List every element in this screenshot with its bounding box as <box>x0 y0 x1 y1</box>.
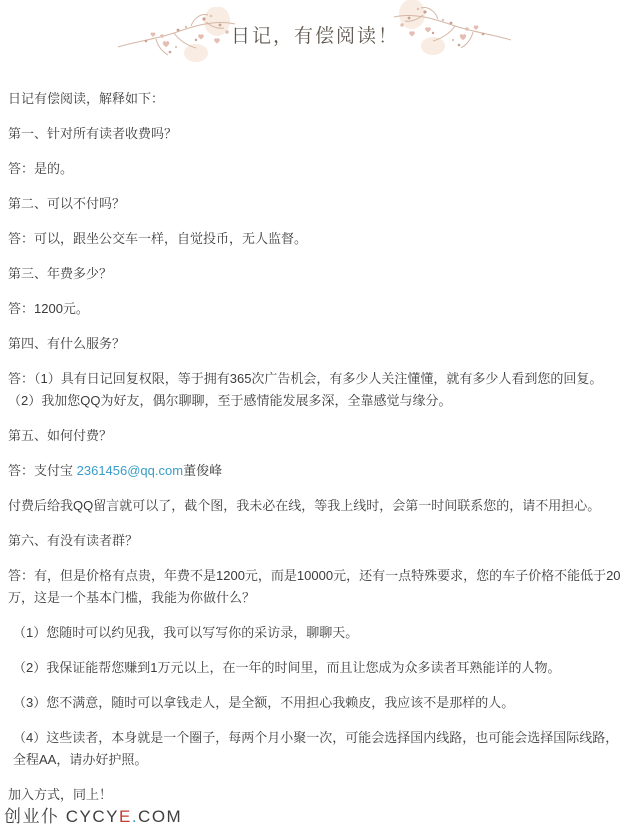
question-3: 第三、年费多少？ <box>8 263 622 285</box>
answer-1: 答：是的。 <box>8 158 622 180</box>
page-title: 日记，有偿阅读！ <box>0 21 630 48</box>
benefit-item-4: （4）这些读者，本身就是一个圈子，每两个月小聚一次，可能会选择国内线路，也可能会… <box>8 727 622 771</box>
question-1: 第一、针对所有读者收费吗？ <box>8 123 622 145</box>
benefit-item-3: （3）您不满意，随时可以拿钱走人，是全额，不用担心我赖皮，我应该不是那样的人。 <box>8 692 622 714</box>
answer-3: 答：1200元。 <box>8 298 622 320</box>
benefit-item-1: （1）您随时可以约见我，我可以写写你的采访录，聊聊天。 <box>8 622 622 644</box>
watermark-domain-part1: CYCY <box>66 807 119 826</box>
page-header: 日记，有偿阅读！ <box>0 0 630 84</box>
payment-note: 付费后给我QQ留言就可以了，截个图，我未必在线，等我上线时，会第一时间联系您的，… <box>8 495 622 517</box>
question-4: 第四、有什么服务？ <box>8 333 622 355</box>
answer-6: 答：有，但是价格有点贵，年费不是1200元，而是10000元，还有一点特殊要求，… <box>8 565 622 609</box>
intro-line: 日记有偿阅读，解释如下： <box>8 88 622 110</box>
answer-4: 答：（1）具有日记回复权限，等于拥有365次广告机会，有多少人关注懂懂，就有多少… <box>8 368 622 412</box>
payment-prefix: 答：支付宝 <box>8 463 77 478</box>
watermark-cn: 创业仆 <box>4 807 66 826</box>
alipay-email-link[interactable]: 2361456@qq.com <box>77 463 183 478</box>
question-2: 第二、可以不付吗？ <box>8 193 622 215</box>
question-6: 第六、有没有读者群？ <box>8 530 622 552</box>
benefit-item-2: （2）我保证能帮您赚到1万元以上，在一年的时间里，而且让您成为众多读者耳熟能详的… <box>8 657 622 679</box>
payment-recipient-name: 董俊峰 <box>183 463 222 478</box>
question-5: 第五、如何付费？ <box>8 425 622 447</box>
answer-2: 答：可以，跟坐公交车一样，自觉投币，无人监督。 <box>8 228 622 250</box>
answer-5-payment: 答：支付宝 2361456@qq.com董俊峰 <box>8 460 622 482</box>
article-body: 日记有偿阅读，解释如下： 第一、针对所有读者收费吗？ 答：是的。 第二、可以不付… <box>0 88 630 806</box>
watermark-domain-part2: COM <box>138 807 182 826</box>
watermark-domain-e: E <box>119 807 132 826</box>
floral-branch-right-icon <box>391 0 513 56</box>
site-watermark: 创业仆 CYCYE.COM <box>4 802 182 827</box>
